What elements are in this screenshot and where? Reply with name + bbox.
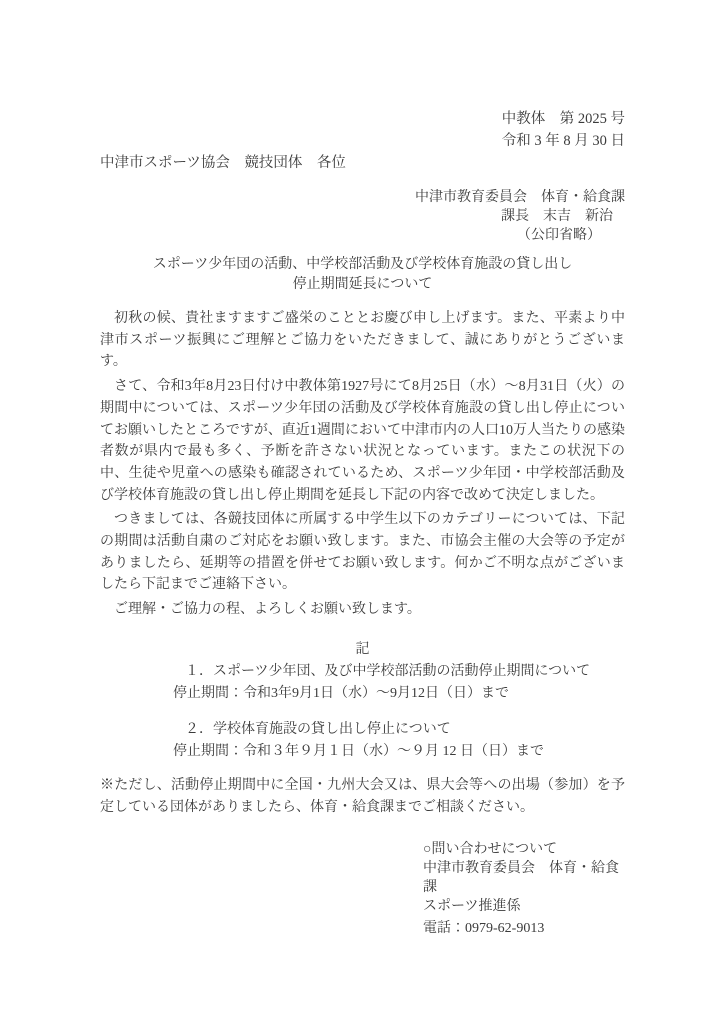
document-content: 中教体 第 2025 号 令和 3 年 8 月 30 日 中津市スポーツ協会 競…	[100, 108, 625, 938]
item-2-heading: ２．学校体育施設の貸し出し停止について	[185, 719, 625, 741]
contact-section: スポーツ推進係	[423, 897, 625, 916]
contact-org: 中津市教育委員会 体育・給食課	[423, 859, 625, 897]
item-1-heading: １．スポーツ少年団、及び中学校部活動の活動停止期間について	[185, 661, 625, 683]
item-2-period: 停止期間：令和３年９月１日（水）～９月 12 日（日）まで	[173, 741, 625, 763]
issue-date: 令和 3 年 8 月 30 日	[100, 130, 625, 152]
doc-title-line1: スポーツ少年団の活動、中学校部活動及び学校体育施設の貸し出し	[100, 255, 625, 275]
body-paragraph-2: さて、令和3年8月23日付け中教体第1927号にて8月25日（水）～8月31日（…	[100, 376, 625, 506]
sender-block: 中津市教育委員会 体育・給食課 課長 末吉 新治 （公印省略）	[100, 188, 625, 245]
body-paragraph-3: つきましては、各競技団体に所属する中学生以下のカテゴリーについては、下記の期間は…	[100, 509, 625, 596]
body-paragraph-1: 初秋の候、貴社ますますご盛栄のこととお慶び申し上げます。また、平素より中津市スポ…	[100, 308, 625, 373]
doc-title-line2: 停止期間延長について	[100, 275, 625, 295]
ki-marker: 記	[100, 639, 625, 661]
document-page: 中教体 第 2025 号 令和 3 年 8 月 30 日 中津市スポーツ協会 競…	[0, 0, 724, 1024]
recipient-line: 中津市スポーツ協会 競技団体 各位	[100, 152, 625, 174]
body-paragraph-4: ご理解・ご協力の程、よろしくお願い致します。	[100, 599, 625, 621]
item-1-period: 停止期間：令和3年9月1日（水）～9月12日（日）まで	[173, 683, 625, 705]
contact-heading: ○問い合わせについて	[423, 840, 625, 859]
contact-block: ○問い合わせについて 中津市教育委員会 体育・給食課 スポーツ推進係 電話：09…	[423, 840, 625, 938]
seal-note: （公印省略）	[100, 226, 625, 245]
doc-number: 中教体 第 2025 号	[100, 108, 625, 130]
contact-phone: 電話：0979-62-9013	[423, 919, 625, 938]
doc-title: スポーツ少年団の活動、中学校部活動及び学校体育施設の貸し出し 停止期間延長につい…	[100, 255, 625, 295]
body-text: 初秋の候、貴社ますますご盛栄のこととお慶び申し上げます。また、平素より中津市スポ…	[100, 308, 625, 621]
sender-person: 課長 末吉 新治	[100, 207, 625, 226]
sender-org: 中津市教育委員会 体育・給食課	[100, 188, 625, 207]
note-paragraph: ※ただし、活動停止期間中に全国・九州大会又は、県大会等への出場（参加）を予定して…	[100, 775, 625, 819]
